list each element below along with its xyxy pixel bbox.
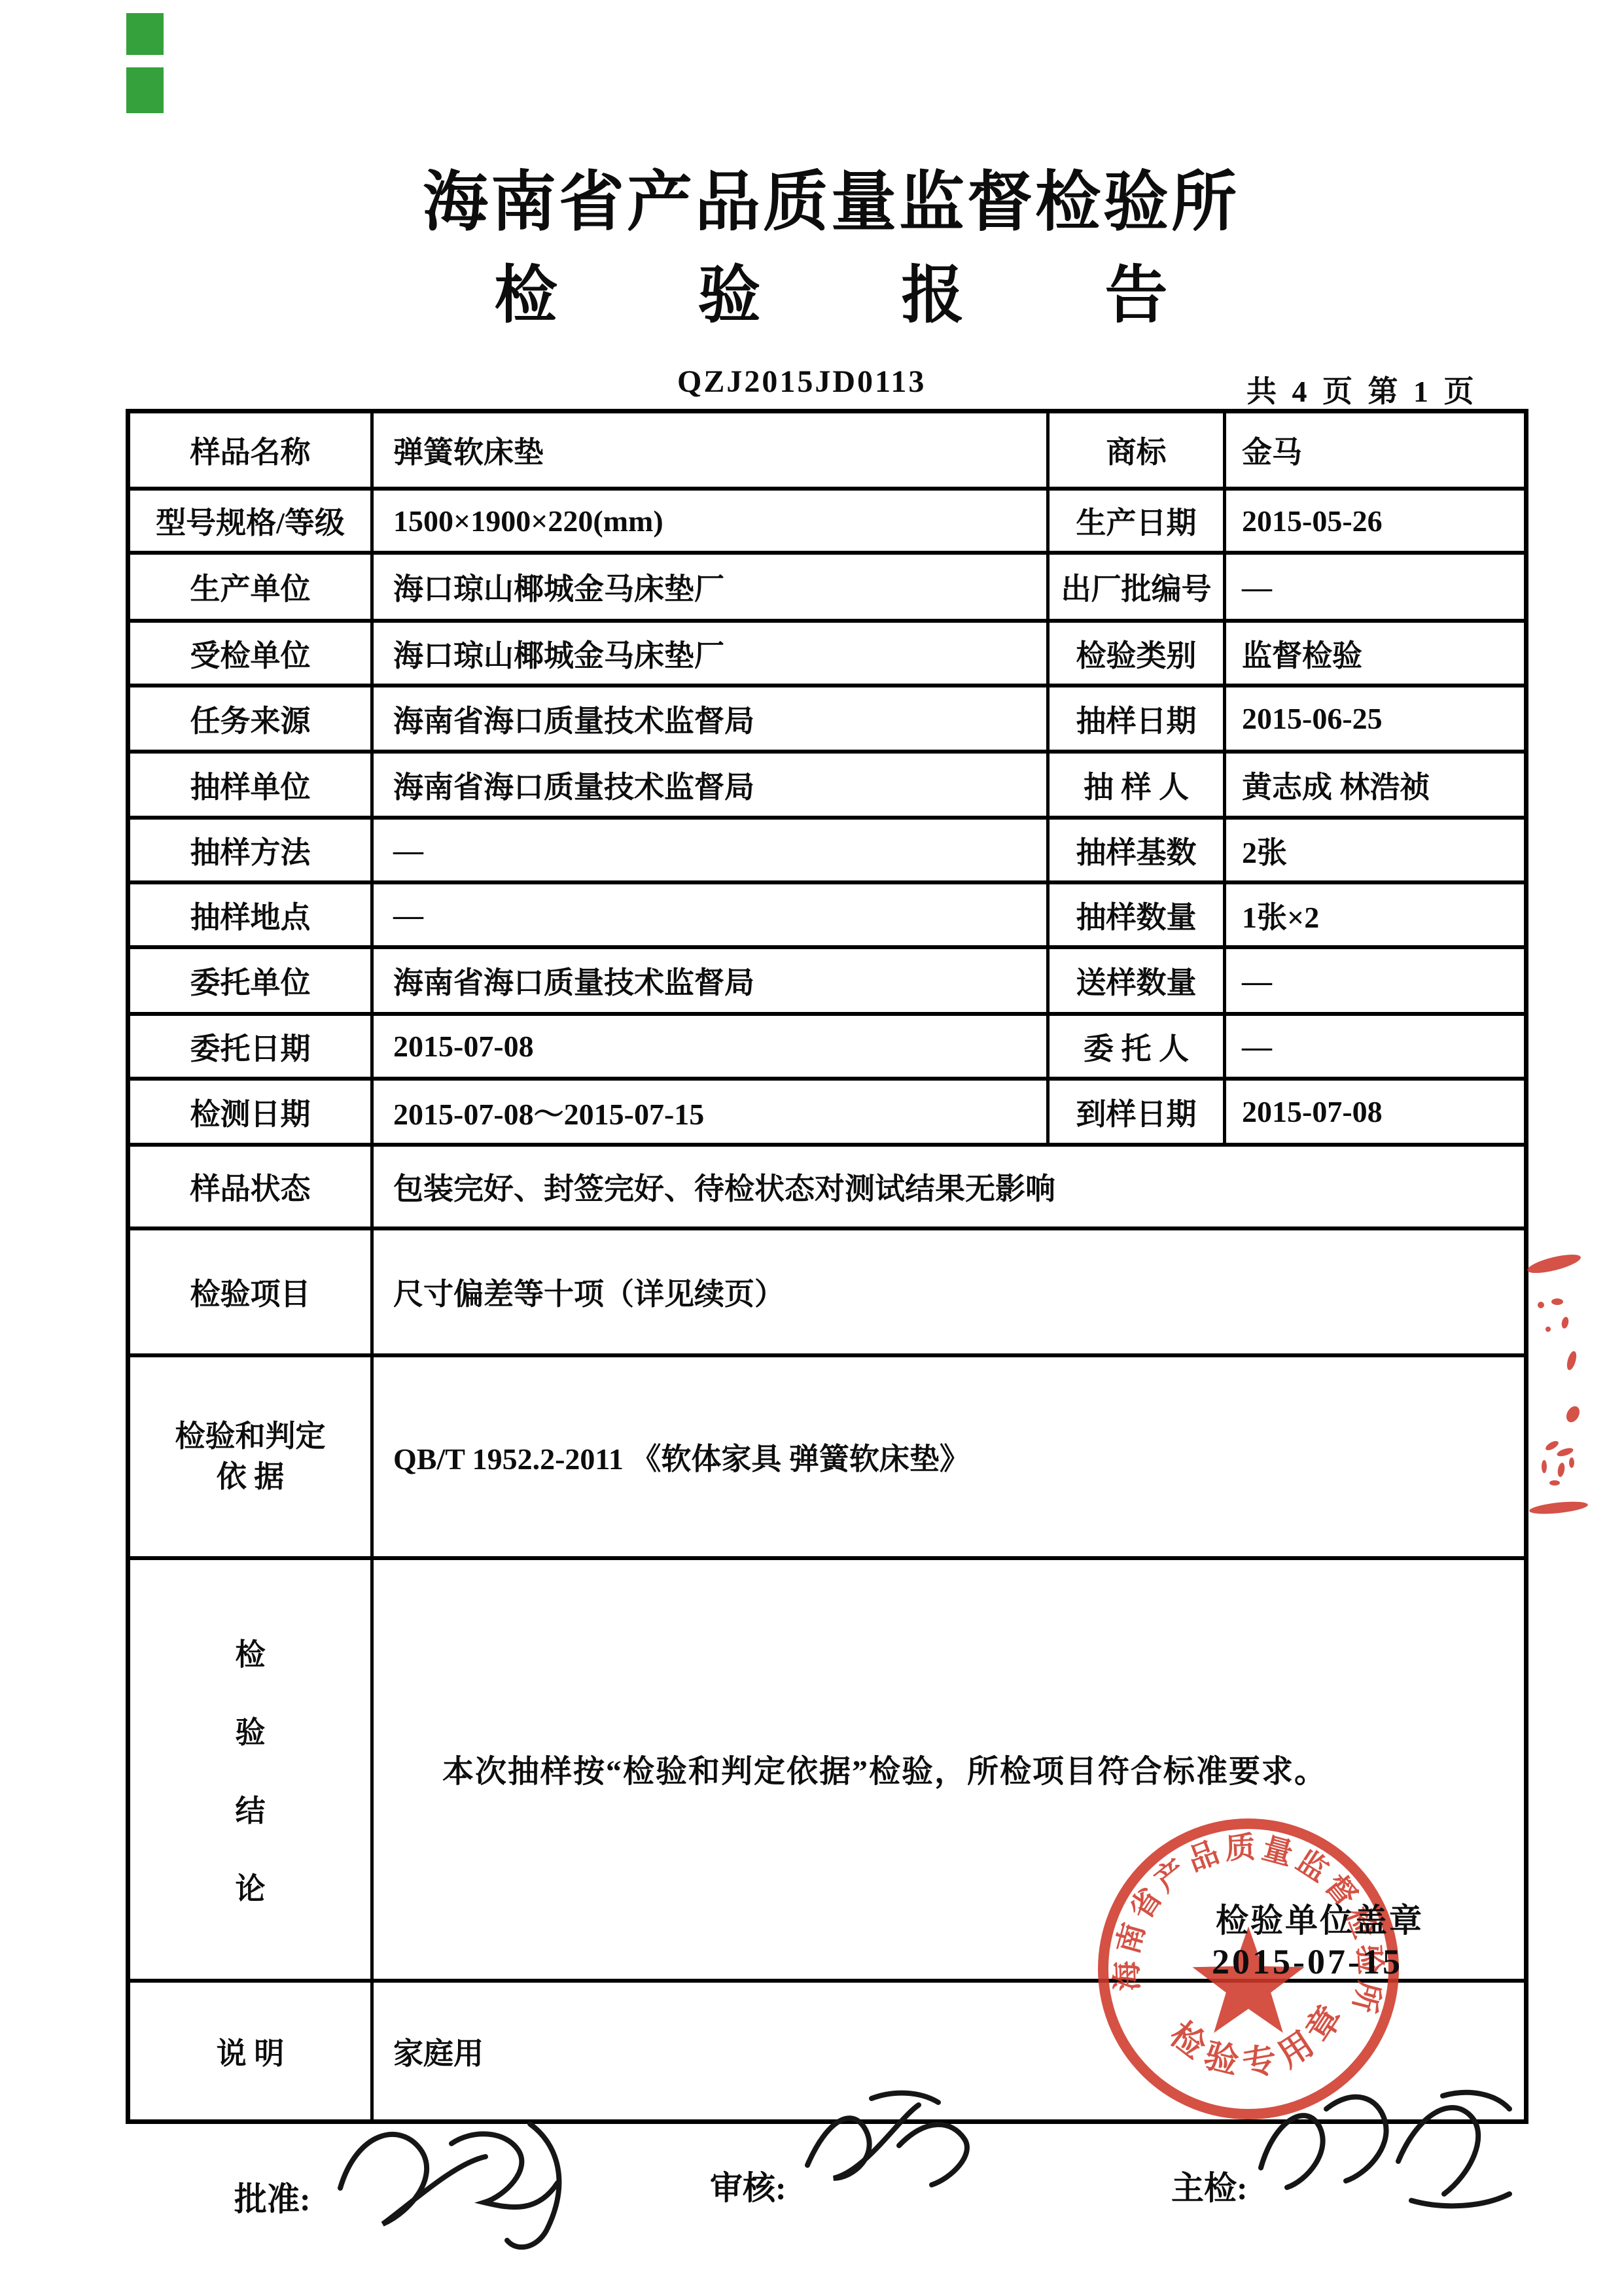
- row-value: 2015-06-25: [1226, 687, 1525, 754]
- row-value: 海南省海口质量技术监督局: [374, 687, 1050, 754]
- row-value: 海南省海口质量技术监督局: [374, 949, 1050, 1016]
- page-count: 共 4 页 第 1 页: [1246, 368, 1478, 411]
- report-number: QZJ2015JD0113: [677, 364, 926, 400]
- row-label: 出厂批编号: [1050, 555, 1226, 623]
- row-value: 2015-07-08～2015-07-15: [374, 1081, 1050, 1147]
- sample-state-value: 包装完好、封签完好、待检状态对测试结果无影响: [374, 1147, 1525, 1230]
- conclusion-label-char: 论: [236, 1865, 266, 1908]
- seal-date: 2015-07-15: [1212, 1941, 1403, 1982]
- row-label: 委 托 人: [1050, 1016, 1226, 1081]
- row-value: —: [374, 820, 1050, 884]
- green-scan-mark: [125, 12, 165, 56]
- row-value: 弹簧软床垫: [374, 413, 1050, 491]
- chief-signature: [1246, 2068, 1528, 2232]
- row-value: 海口琼山椰城金马床垫厂: [374, 555, 1050, 623]
- row-label: 抽样基数: [1050, 820, 1226, 884]
- report-title-char: 验: [698, 245, 761, 335]
- row-value: —: [374, 884, 1050, 949]
- row-label: 生产单位: [130, 555, 374, 623]
- row-label: 抽样方法: [130, 820, 374, 884]
- approve-label: 批准:: [234, 2173, 311, 2220]
- report-title-char: 报: [902, 245, 964, 335]
- row-label: 样品名称: [130, 413, 374, 491]
- row-value: 海南省海口质量技术监督局: [374, 754, 1050, 820]
- row-label: 到样日期: [1050, 1081, 1226, 1147]
- review-label: 审核:: [710, 2162, 786, 2209]
- row-label: 型号规格/等级: [130, 491, 374, 555]
- inspect-items-value: 尺寸偏差等十项（详见续页）: [374, 1230, 1525, 1357]
- basis-label-line1: 检验和判定: [175, 1416, 326, 1457]
- remark-label: 说 明: [130, 1983, 374, 2119]
- green-scan-mark: [125, 66, 165, 114]
- report-title-char: 检: [495, 245, 557, 335]
- row-label: 检测日期: [130, 1081, 374, 1147]
- inspection-report-page: 海南省产品质量监督检验所 检 验 报 告 QZJ2015JD0113 共 4 页…: [0, 0, 1624, 2296]
- row-value: 海口琼山椰城金马床垫厂: [374, 623, 1050, 687]
- conclusion-label-char: 检: [236, 1631, 266, 1674]
- row-value: 金马: [1226, 413, 1525, 491]
- report-title: 检 验 报 告: [406, 245, 1256, 335]
- row-value: 监督检验: [1226, 623, 1525, 687]
- row-label: 委托单位: [130, 949, 374, 1016]
- row-value: 2015-07-08: [1226, 1081, 1525, 1147]
- row-label: 抽样地点: [130, 884, 374, 949]
- row-value: 1500×1900×220(mm): [374, 491, 1050, 555]
- row-value: 黄志成 林浩祯: [1226, 754, 1525, 820]
- conclusion-label-char: 验: [236, 1709, 266, 1752]
- row-label: 任务来源: [130, 687, 374, 754]
- page-title: 海南省产品质量监督检验所: [406, 149, 1256, 243]
- row-label: 抽样单位: [130, 754, 374, 820]
- row-value: 1张×2: [1226, 884, 1525, 949]
- row-value: 2张: [1226, 820, 1525, 884]
- conclusion-statement: 本次抽样按“检验和判定依据”检验，所检项目符合标准要求。: [442, 1746, 1327, 1791]
- basis-label-line2: 依 据: [217, 1457, 285, 1497]
- basis-value: QB/T 1952.2-2011 《软体家具 弹簧软床垫》: [374, 1357, 1525, 1560]
- conclusion-label-char: 结: [236, 1787, 266, 1830]
- row-label: 抽 样 人: [1050, 754, 1226, 820]
- review-signature: [793, 2079, 996, 2210]
- chief-label: 主检:: [1171, 2162, 1248, 2209]
- row-label: 商标: [1050, 413, 1226, 491]
- row-label: 抽样日期: [1050, 687, 1226, 754]
- row-label: 检验类别: [1050, 623, 1226, 687]
- row-value: 2015-07-08: [374, 1016, 1050, 1081]
- row-label: 生产日期: [1050, 491, 1226, 555]
- red-stamp-fragment: [1525, 1243, 1624, 1524]
- report-title-char: 告: [1105, 245, 1168, 335]
- row-label: 送样数量: [1050, 949, 1226, 1016]
- inspect-items-label: 检验项目: [130, 1230, 374, 1357]
- row-label: 抽样数量: [1050, 884, 1226, 949]
- row-value: —: [1226, 555, 1525, 623]
- row-label: 受检单位: [130, 623, 374, 687]
- row-value: —: [1226, 949, 1525, 1016]
- sample-state-label: 样品状态: [130, 1147, 374, 1230]
- row-value: —: [1226, 1016, 1525, 1081]
- row-value: 2015-05-26: [1226, 491, 1525, 555]
- row-label: 委托日期: [130, 1016, 374, 1081]
- conclusion-label: 检 验 结 论: [130, 1560, 374, 1983]
- seal-caption: 检验单位盖章: [1216, 1894, 1424, 1941]
- approve-signature: [321, 2103, 602, 2260]
- basis-label: 检验和判定 依 据: [130, 1357, 374, 1560]
